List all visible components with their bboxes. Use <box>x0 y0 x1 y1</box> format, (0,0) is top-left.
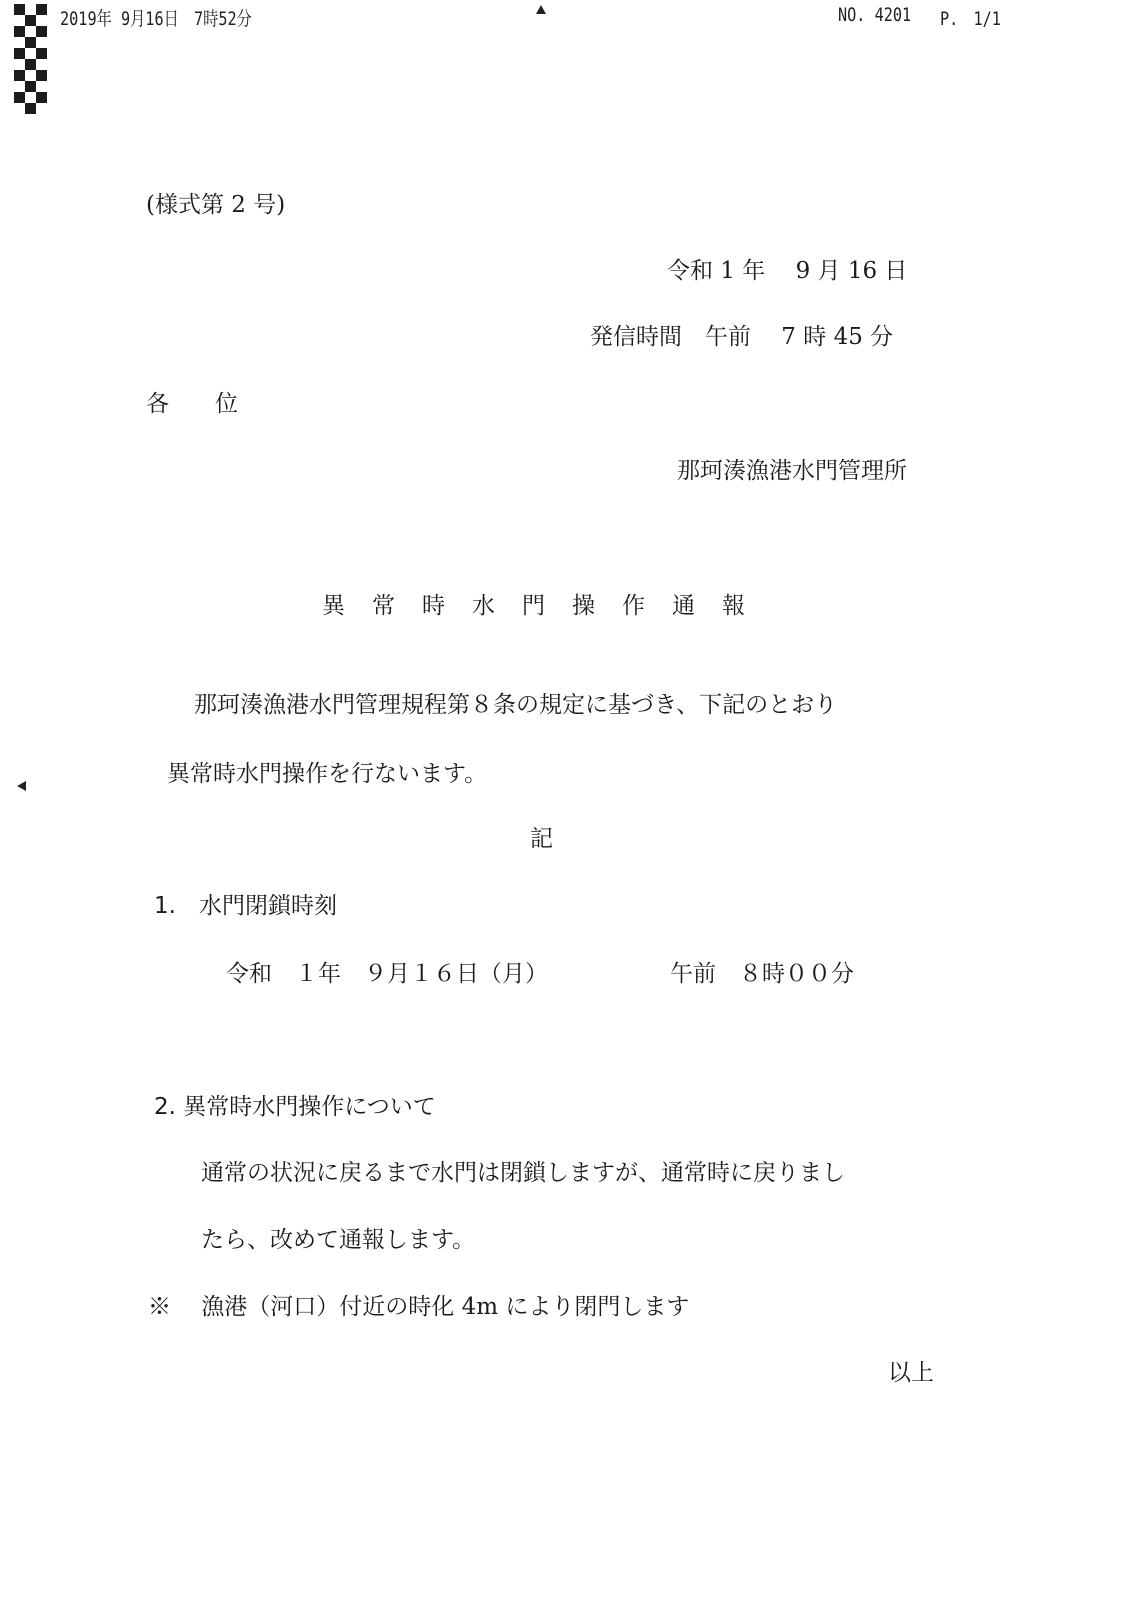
item-2-body-line-2: たら、改めて通報します。 <box>201 1221 475 1254</box>
intro-line-1: 那珂湊漁港水門管理規程第８条の規定に基づき、下記のとおり <box>194 686 837 719</box>
item-1-heading: 1. 水門閉鎖時刻 <box>154 887 337 920</box>
fax-checker-mark <box>14 4 50 114</box>
fax-page: P. 1/1 <box>940 4 1001 31</box>
addressee: 各 位 <box>146 385 238 418</box>
fax-number: NO. 4201 <box>838 4 911 26</box>
document-title: 異常時水門操作通報 <box>322 587 772 620</box>
fax-timestamp: 2019年 9月16日 7時52分 <box>60 4 252 31</box>
note: ※ 漁港（河口）付近の時化 4m により閉門します <box>148 1288 689 1321</box>
item-1-time: 午前 ８時００分 <box>670 955 854 988</box>
item-1-date: 令和 １年 ９月１６日（月） <box>226 955 548 988</box>
intro-line-2: 異常時水門操作を行ないます。 <box>167 755 487 788</box>
item-2-body-line-1: 通常の状況に戻るまで水門は閉鎖しますが、通常時に戻りまし <box>201 1154 845 1187</box>
date-line: 令和 1 年 9 月 16 日 <box>667 252 907 285</box>
item-2-heading: 2. 異常時水門操作について <box>154 1088 436 1121</box>
triangle-up-icon <box>536 5 546 14</box>
ki-label: 記 <box>530 820 553 853</box>
send-time: 発信時間 午前 7 時 45 分 <box>590 318 893 351</box>
triangle-left-icon <box>17 781 26 791</box>
closing: 以上 <box>888 1354 934 1387</box>
form-label: (様式第 2 号) <box>146 186 285 219</box>
sender: 那珂湊漁港水門管理所 <box>677 452 907 485</box>
